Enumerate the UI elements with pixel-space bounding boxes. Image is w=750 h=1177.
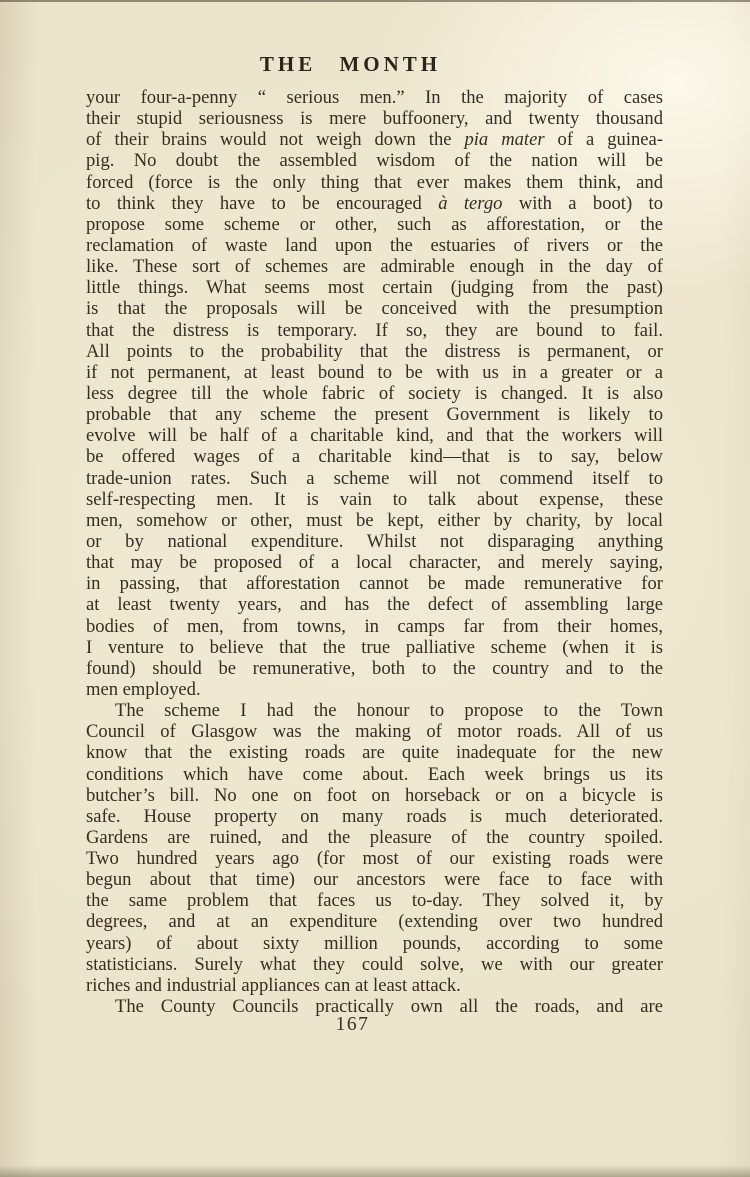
text-line: begun about that time) our ancestors wer…: [86, 869, 663, 890]
text-line: statisticians. Surely what they could so…: [86, 954, 663, 975]
text-line: or by national expenditure. Whilst not d…: [86, 531, 663, 552]
text-line: of their brains would not weigh down the…: [86, 129, 663, 150]
text-line: if not permanent, at least bound to be w…: [86, 362, 663, 383]
text-line: Two hundred years ago (for most of our e…: [86, 848, 663, 869]
text-line: that the distress is temporary. If so, t…: [86, 320, 663, 341]
text-line: to think they have to be encouraged à te…: [86, 193, 663, 214]
text-line: at least twenty years, and has the defec…: [86, 594, 663, 615]
text-line: found) should be remunerative, both to t…: [86, 658, 663, 679]
text-line: reclamation of waste land upon the estua…: [86, 235, 663, 256]
text-line: The scheme I had the honour to propose t…: [86, 700, 663, 721]
text-line: men employed.: [86, 679, 663, 700]
text-line: years) of about sixty million pounds, ac…: [86, 933, 663, 954]
text-line: their stupid seriousness is mere buffoon…: [86, 108, 663, 129]
text-line: like. These sort of schemes are admirabl…: [86, 256, 663, 277]
page-number: 167: [64, 1014, 641, 1036]
text-line: riches and industrial appliances can at …: [86, 975, 663, 996]
text-line: trade-union rates. Such a scheme will no…: [86, 468, 663, 489]
text-line: that may be proposed of a local characte…: [86, 552, 663, 573]
text-line: little things. What seems most certain (…: [86, 277, 663, 298]
text-line: bodies of men, from towns, in camps far …: [86, 616, 663, 637]
text-line: be offered wages of a charitable kind—th…: [86, 446, 663, 467]
text-line: probable that any scheme the present Gov…: [86, 404, 663, 425]
page-text: your four-a-penny “ serious men.” In the…: [86, 87, 663, 1017]
text-line: Gardens are ruined, and the pleasure of …: [86, 827, 663, 848]
text-line: in passing, that afforestation cannot be…: [86, 573, 663, 594]
text-line: degrees, and at an expenditure (extendin…: [86, 911, 663, 932]
scanned-book-page: THE MONTH your four-a-penny “ serious me…: [0, 0, 750, 1177]
text-line: evolve will be half of a charitable kind…: [86, 425, 663, 446]
text-line: propose some scheme or other, such as af…: [86, 214, 663, 235]
text-line: I venture to believe that the true palli…: [86, 637, 663, 658]
text-line: safe. House property on many roads is mu…: [86, 806, 663, 827]
text-line: the same problem that faces us to-day. T…: [86, 890, 663, 911]
text-line: butcher’s bill. No one on foot on horseb…: [86, 785, 663, 806]
text-line: is that the proposals will be conceived …: [86, 298, 663, 319]
text-line: your four-a-penny “ serious men.” In the…: [86, 87, 663, 108]
text-line: less degree till the whole fabric of soc…: [86, 383, 663, 404]
text-line: self-respecting men. It is vain to talk …: [86, 489, 663, 510]
text-line: All points to the probability that the d…: [86, 341, 663, 362]
running-head: THE MONTH: [62, 52, 639, 77]
text-line: conditions which have come about. Each w…: [86, 764, 663, 785]
text-line: know that the existing roads are quite i…: [86, 742, 663, 763]
text-line: pig. No doubt the assembled wisdom of th…: [86, 150, 663, 171]
text-line: men, somehow or other, must be kept, eit…: [86, 510, 663, 531]
text-line: forced (force is the only thing that eve…: [86, 172, 663, 193]
text-line: Council of Glasgow was the making of mot…: [86, 721, 663, 742]
